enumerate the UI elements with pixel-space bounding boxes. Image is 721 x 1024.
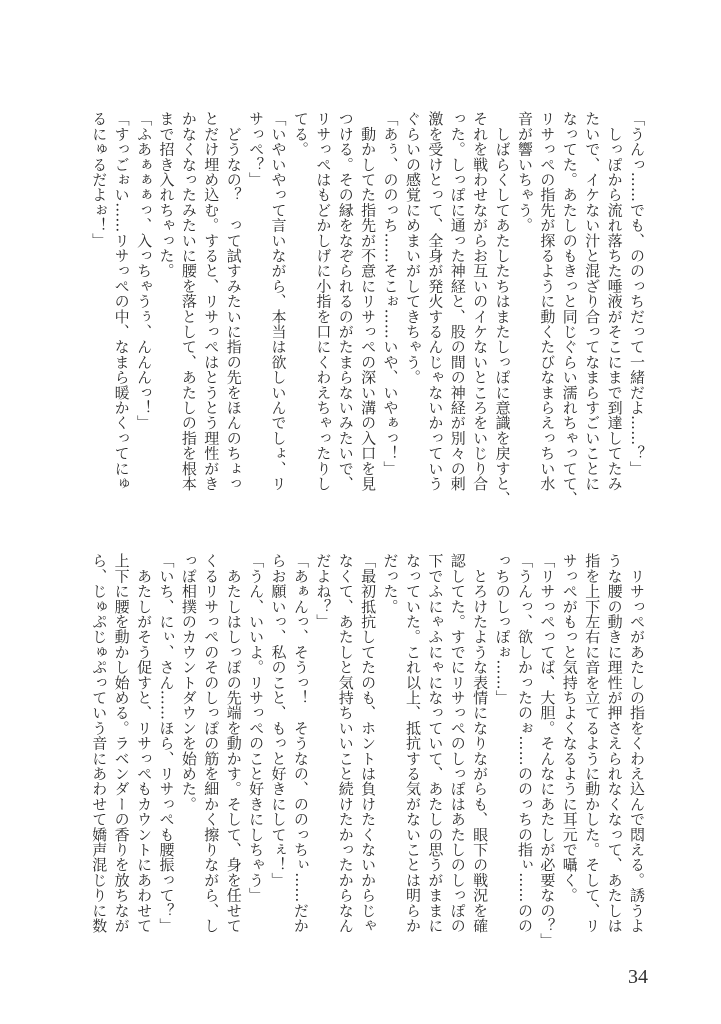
text-line: とだけ埋め込む。すると、リサっぺはとうとう理性がき xyxy=(200,111,222,491)
text-line: サっぺがもっと気持ちよくなるように耳元で囁く。 xyxy=(558,553,580,933)
text-line: 「うんっ……でも、ののっちだって一緒だよ……？」 xyxy=(626,111,648,491)
text-line: たいで、イケない汁と混ざり合ってなまらすごいことに xyxy=(581,111,603,491)
text-line: ら、じゅぷじゅぷっていう音にあわせて嬌声混じりに数 xyxy=(88,553,110,933)
text-line: だった。 xyxy=(379,553,401,933)
text-line: 「すっごぉい……リサっぺの中、なまら暖かくってにゅ xyxy=(110,111,132,491)
text-line: っちのしっぽぉ……」 xyxy=(491,553,513,933)
text-line: リサっぺの指先が探るように動くたびなまらえっちい水 xyxy=(536,111,558,491)
text-line: つける。その縁をなぞられるのがたまらないみたいで、 xyxy=(334,111,356,491)
text-line: 動かしてた指先が不意にリサっぺの深い溝の入口を見 xyxy=(357,111,379,491)
text-line: 「ふあぁぁぁっ、入っちゃうぅ、んんんっ！」 xyxy=(133,111,155,491)
text-line: っぽ相撲のカウントダウンを始めた。 xyxy=(177,553,199,933)
text-line: 音が響いちゃう。 xyxy=(514,111,536,491)
text-line: 「うんっ、欲しかったのぉ……ののっちの指ぃ……のの xyxy=(514,553,536,933)
text-line: リサっぺはもどかしげに小指を口にくわえちゃったりし xyxy=(312,111,334,491)
text-line: らお願いっ、私のこと、もっと好きにしてぇ！」 xyxy=(267,553,289,933)
text-line: それを戦わせながらお互いのイケないところをいじり合 xyxy=(469,111,491,491)
text-line: とろけたような表情になりながらも、眼下の戦況を確 xyxy=(469,553,491,933)
text-line: ぐらいの感覚にめまいがしてきちゃう。 xyxy=(402,111,424,491)
text-line: てる。 xyxy=(290,111,312,491)
book-page: 「うんっ……でも、ののっちだって一緒だよ……？」 しっぽから流れ落ちた唾液がそこ… xyxy=(0,0,721,1024)
text-line: 「最初抵抗してたのも、ホントは負けたくないからじゃ xyxy=(357,553,379,933)
page-number: 34 xyxy=(628,966,648,989)
text-line: 「リサっぺってば、大胆。そんなにあたしが必要なの？」 xyxy=(536,553,558,933)
text-line: まで招き入れちゃった。 xyxy=(155,111,177,491)
text-line: くるリサっぺのそのしっぽの筋を細かく擦りながら、し xyxy=(200,553,222,933)
text-line: なくて、あたしと気持ちいいこと続けたかったからなん xyxy=(334,553,356,933)
text-line: リサっぺがあたしの指をくわえ込んで悶える。誘うよ xyxy=(626,553,648,933)
text-line: 下でふにゃふにゃになっていて、あたしの思うがままに xyxy=(424,553,446,933)
text-line: 「いやいやって言いながら、本当は欲しいんでしょ、リ xyxy=(267,111,289,491)
text-line: なってた。あたしのもきっと同じぐらい濡れちゃってて、 xyxy=(558,111,580,491)
text-line: 「うん、いいよ。リサっぺのこと好きにしちゃう」 xyxy=(245,553,267,933)
text-line: 指を上下左右に音を立てるように動かした。そして、リ xyxy=(581,553,603,933)
text-line: 認してた。すでにリサっぺのしっぽはあたしのしっぽの xyxy=(446,553,468,933)
text-line: だよね？」 xyxy=(312,553,334,933)
text-line: あたしがそう促すと、リサっぺもカウントにあわせて xyxy=(133,553,155,933)
text-line: しばらくしてあたしたちはまたしっぽに意識を戻すと、 xyxy=(491,111,513,491)
text-line: かなくなったみたいに腰を落として、あたしの指を根本 xyxy=(177,111,199,491)
text-line: 激を受けとって、全身が発火するんじゃないかっていう xyxy=(424,111,446,491)
upper-text-block: 「うんっ……でも、ののっちだって一緒だよ……？」 しっぽから流れ落ちた唾液がそこ… xyxy=(88,111,648,491)
text-line: 「あぅ、ののっち……そこぉ……いや、いやぁっ！」 xyxy=(379,111,401,491)
text-line: なっていた。これ以上、抵抗する気がないことは明らか xyxy=(402,553,424,933)
lower-text-block: リサっぺがあたしの指をくわえ込んで悶える。誘うよ うな腰の動きに理性が押さえられ… xyxy=(88,553,648,933)
text-line: 上下に腰を動かし始める。ラベンダーの香りを放ちなが xyxy=(110,553,132,933)
text-line: サっぺ？」 xyxy=(245,111,267,491)
text-line: 「あぁんっ、そうっ！ そうなの、ののっちぃ……だか xyxy=(290,553,312,933)
text-line: あたしはしっぽの先端を動かす。そして、身を任せて xyxy=(222,553,244,933)
text-line: った。しっぽに通った神経と、股の間の神経が別々の刺 xyxy=(446,111,468,491)
text-line: しっぽから流れ落ちた唾液がそこにまで到達してたみ xyxy=(603,111,625,491)
text-line: るにゅるだよぉ！」 xyxy=(88,111,110,491)
text-line: どうなの？ って試すみたいに指の先をほんのちょっ xyxy=(222,111,244,491)
text-line: うな腰の動きに理性が押さえられなくなって、あたしは xyxy=(603,553,625,933)
text-line: 「いち、にぃ、さん……ほら、リサっぺも腰振って？」 xyxy=(155,553,177,933)
